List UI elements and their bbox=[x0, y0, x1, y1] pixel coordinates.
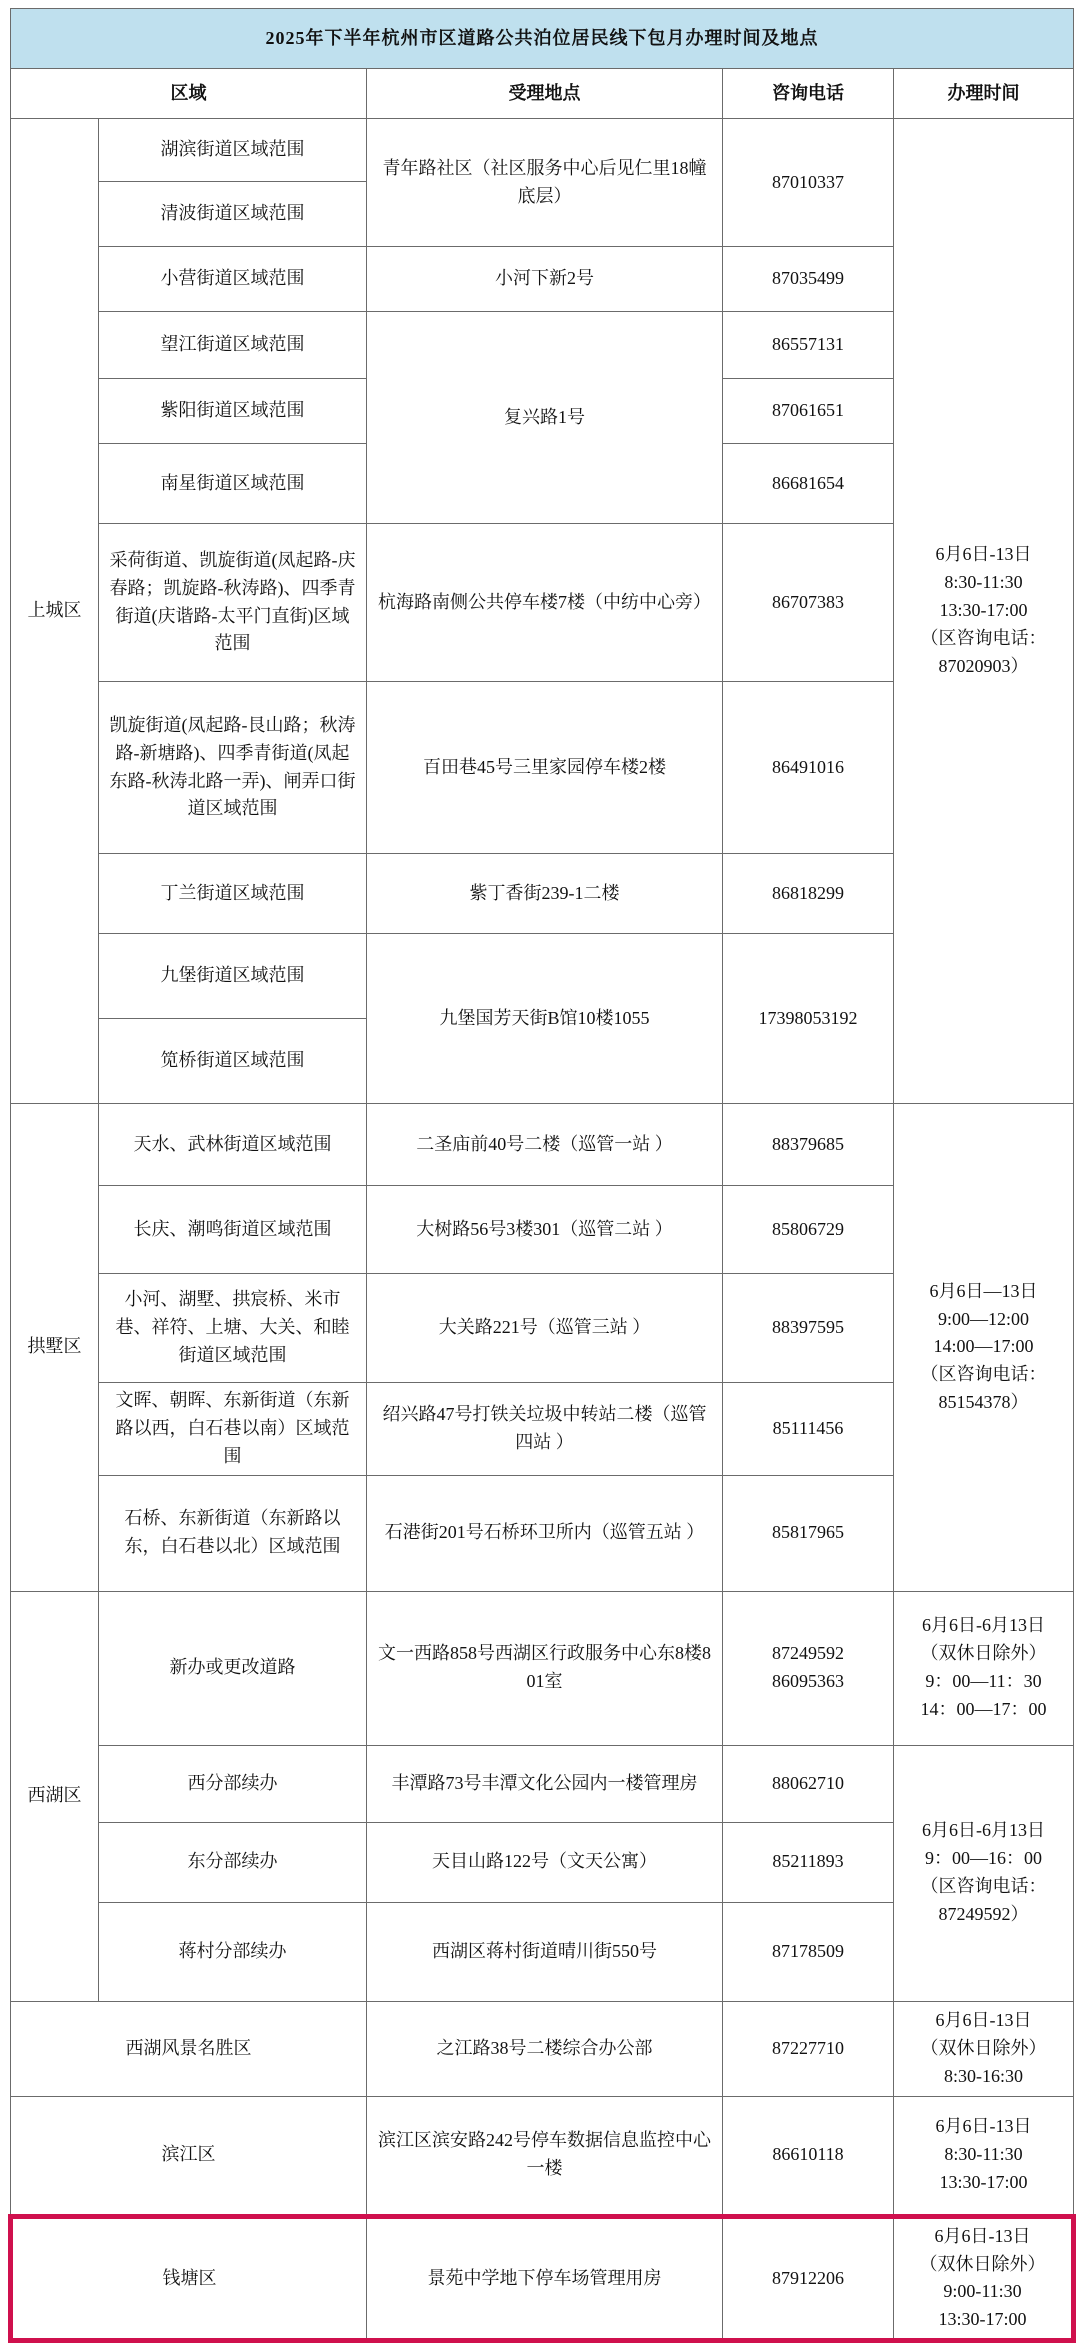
area-cell: 清波街道区域范围 bbox=[99, 182, 367, 247]
phone-cell: 86610118 bbox=[723, 2096, 894, 2216]
area-cell: 紫阳街道区域范围 bbox=[99, 379, 367, 444]
phone-cell: 87249592 86095363 bbox=[723, 1591, 894, 1745]
area-cell: 文晖、朝晖、东新街道（东新路以西，白石巷以南）区域范围 bbox=[99, 1383, 367, 1476]
location-cell: 文一西路858号西湖区行政服务中心东8楼801室 bbox=[367, 1591, 723, 1745]
phone-cell: 17398053192 bbox=[723, 934, 894, 1104]
district-cell: 西湖区 bbox=[11, 1591, 99, 2001]
area-cell: 九堡街道区域范围 bbox=[99, 934, 367, 1019]
location-cell: 小河下新2号 bbox=[367, 247, 723, 312]
area-cell: 新办或更改道路 bbox=[99, 1591, 367, 1745]
location-cell: 绍兴路47号打铁关垃圾中转站二楼（巡管四站 ） bbox=[367, 1383, 723, 1476]
phone-cell: 87061651 bbox=[723, 379, 894, 444]
phone-cell: 86681654 bbox=[723, 444, 894, 524]
phone-cell: 88062710 bbox=[723, 1745, 894, 1822]
column-header-time: 办理时间 bbox=[894, 69, 1074, 119]
phone-cell: 86818299 bbox=[723, 854, 894, 934]
location-cell: 之江路38号二楼综合办公部 bbox=[367, 2001, 723, 2096]
area-cell: 采荷街道、凯旋街道(凤起路-庆春路；凯旋路-秋涛路)、四季青街道(庆谐路-太平门… bbox=[99, 524, 367, 682]
area-cell: 小河、湖墅、拱宸桥、米市巷、祥符、上塘、大关、和睦街道区域范围 bbox=[99, 1274, 367, 1383]
time-cell: 6月6日-6月13日 （双休日除外） 9：00—11：30 14：00—17：0… bbox=[894, 1591, 1074, 1745]
page-title: 2025年下半年杭州市区道路公共泊位居民线下包月办理时间及地点 bbox=[11, 9, 1074, 69]
location-cell: 二圣庙前40号二楼（巡管一站 ） bbox=[367, 1104, 723, 1186]
area-cell: 丁兰街道区域范围 bbox=[99, 854, 367, 934]
location-cell: 天目山路122号（文天公寓） bbox=[367, 1822, 723, 1902]
table-row: 上城区 湖滨街道区域范围 青年路社区（社区服务中心后见仁里18幢底层） 8701… bbox=[11, 119, 1074, 182]
district-cell: 西湖风景名胜区 bbox=[11, 2001, 367, 2096]
location-cell: 青年路社区（社区服务中心后见仁里18幢底层） bbox=[367, 119, 723, 247]
table-row: 滨江区 滨江区滨安路242号停车数据信息监控中心一楼 86610118 6月6日… bbox=[11, 2096, 1074, 2216]
area-cell: 小营街道区域范围 bbox=[99, 247, 367, 312]
district-cell: 上城区 bbox=[11, 119, 99, 1104]
time-cell: 6月6日—13日 9:00—12:00 14:00—17:00 （区咨询电话： … bbox=[894, 1104, 1074, 1592]
phone-cell: 86707383 bbox=[723, 524, 894, 682]
time-cell: 6月6日-13日 （双休日除外） 8:30-16:30 bbox=[894, 2001, 1074, 2096]
column-header-region: 区域 bbox=[11, 69, 367, 119]
location-cell: 大树路56号3楼301（巡管二站 ） bbox=[367, 1186, 723, 1274]
table-row: 西湖风景名胜区 之江路38号二楼综合办公部 87227710 6月6日-13日 … bbox=[11, 2001, 1074, 2096]
location-cell: 复兴路1号 bbox=[367, 312, 723, 524]
phone-cell: 88379685 bbox=[723, 1104, 894, 1186]
phone-cell: 85817965 bbox=[723, 1475, 894, 1591]
area-cell: 天水、武林街道区域范围 bbox=[99, 1104, 367, 1186]
time-cell: 6月6日-13日 （双休日除外） 9:00-11:30 13:30-17:00 bbox=[894, 2216, 1074, 2341]
area-cell: 凯旋街道(凤起路-艮山路；秋涛路-新塘路)、四季青街道(凤起东路-秋涛北路一弄)… bbox=[99, 682, 367, 854]
column-header-phone: 咨询电话 bbox=[723, 69, 894, 119]
parking-notice-table: 2025年下半年杭州市区道路公共泊位居民线下包月办理时间及地点 区域 受理地点 … bbox=[8, 8, 1076, 2343]
location-cell: 丰潭路73号丰潭文化公园内一楼管理房 bbox=[367, 1745, 723, 1822]
phone-cell: 86491016 bbox=[723, 682, 894, 854]
table-row: 西湖区 新办或更改道路 文一西路858号西湖区行政服务中心东8楼801室 872… bbox=[11, 1591, 1074, 1745]
district-cell: 钱塘区 bbox=[11, 2216, 367, 2341]
time-cell: 6月6日-13日 8:30-11:30 13:30-17:00 （区咨询电话： … bbox=[894, 119, 1074, 1104]
area-cell: 笕桥街道区域范围 bbox=[99, 1019, 367, 1104]
phone-cell: 87035499 bbox=[723, 247, 894, 312]
phone-cell: 87227710 bbox=[723, 2001, 894, 2096]
area-cell: 南星街道区域范围 bbox=[99, 444, 367, 524]
location-cell: 石港街201号石桥环卫所内（巡管五站 ） bbox=[367, 1475, 723, 1591]
location-cell: 紫丁香街239-1二楼 bbox=[367, 854, 723, 934]
location-cell: 大关路221号（巡管三站 ） bbox=[367, 1274, 723, 1383]
phone-cell: 86557131 bbox=[723, 312, 894, 379]
phone-cell: 87178509 bbox=[723, 1902, 894, 2001]
phone-cell: 85806729 bbox=[723, 1186, 894, 1274]
area-cell: 长庆、潮鸣街道区域范围 bbox=[99, 1186, 367, 1274]
table-row: 西分部续办 丰潭路73号丰潭文化公园内一楼管理房 88062710 6月6日-6… bbox=[11, 1745, 1074, 1822]
area-cell: 东分部续办 bbox=[99, 1822, 367, 1902]
area-cell: 蒋村分部续办 bbox=[99, 1902, 367, 2001]
column-header-location: 受理地点 bbox=[367, 69, 723, 119]
area-cell: 石桥、东新街道（东新路以东，白石巷以北）区域范围 bbox=[99, 1475, 367, 1591]
table-row-highlighted: 钱塘区 景苑中学地下停车场管理用房 87912206 6月6日-13日 （双休日… bbox=[11, 2216, 1074, 2341]
district-cell: 滨江区 bbox=[11, 2096, 367, 2216]
table-row: 拱墅区 天水、武林街道区域范围 二圣庙前40号二楼（巡管一站 ） 8837968… bbox=[11, 1104, 1074, 1186]
phone-cell: 88397595 bbox=[723, 1274, 894, 1383]
location-cell: 西湖区蒋村街道晴川街550号 bbox=[367, 1902, 723, 2001]
phone-cell: 85111456 bbox=[723, 1383, 894, 1476]
phone-cell: 87010337 bbox=[723, 119, 894, 247]
area-cell: 西分部续办 bbox=[99, 1745, 367, 1822]
phone-cell: 87912206 bbox=[723, 2216, 894, 2341]
district-cell: 拱墅区 bbox=[11, 1104, 99, 1592]
area-cell: 望江街道区域范围 bbox=[99, 312, 367, 379]
area-cell: 湖滨街道区域范围 bbox=[99, 119, 367, 182]
location-cell: 景苑中学地下停车场管理用房 bbox=[367, 2216, 723, 2341]
location-cell: 杭海路南侧公共停车楼7楼（中纺中心旁） bbox=[367, 524, 723, 682]
time-cell: 6月6日-13日 8:30-11:30 13:30-17:00 bbox=[894, 2096, 1074, 2216]
location-cell: 滨江区滨安路242号停车数据信息监控中心一楼 bbox=[367, 2096, 723, 2216]
time-cell: 6月6日-6月13日 9：00—16：00 （区咨询电话： 87249592） bbox=[894, 1745, 1074, 2001]
location-cell: 百田巷45号三里家园停车楼2楼 bbox=[367, 682, 723, 854]
location-cell: 九堡国芳天街B馆10楼1055 bbox=[367, 934, 723, 1104]
phone-cell: 85211893 bbox=[723, 1822, 894, 1902]
